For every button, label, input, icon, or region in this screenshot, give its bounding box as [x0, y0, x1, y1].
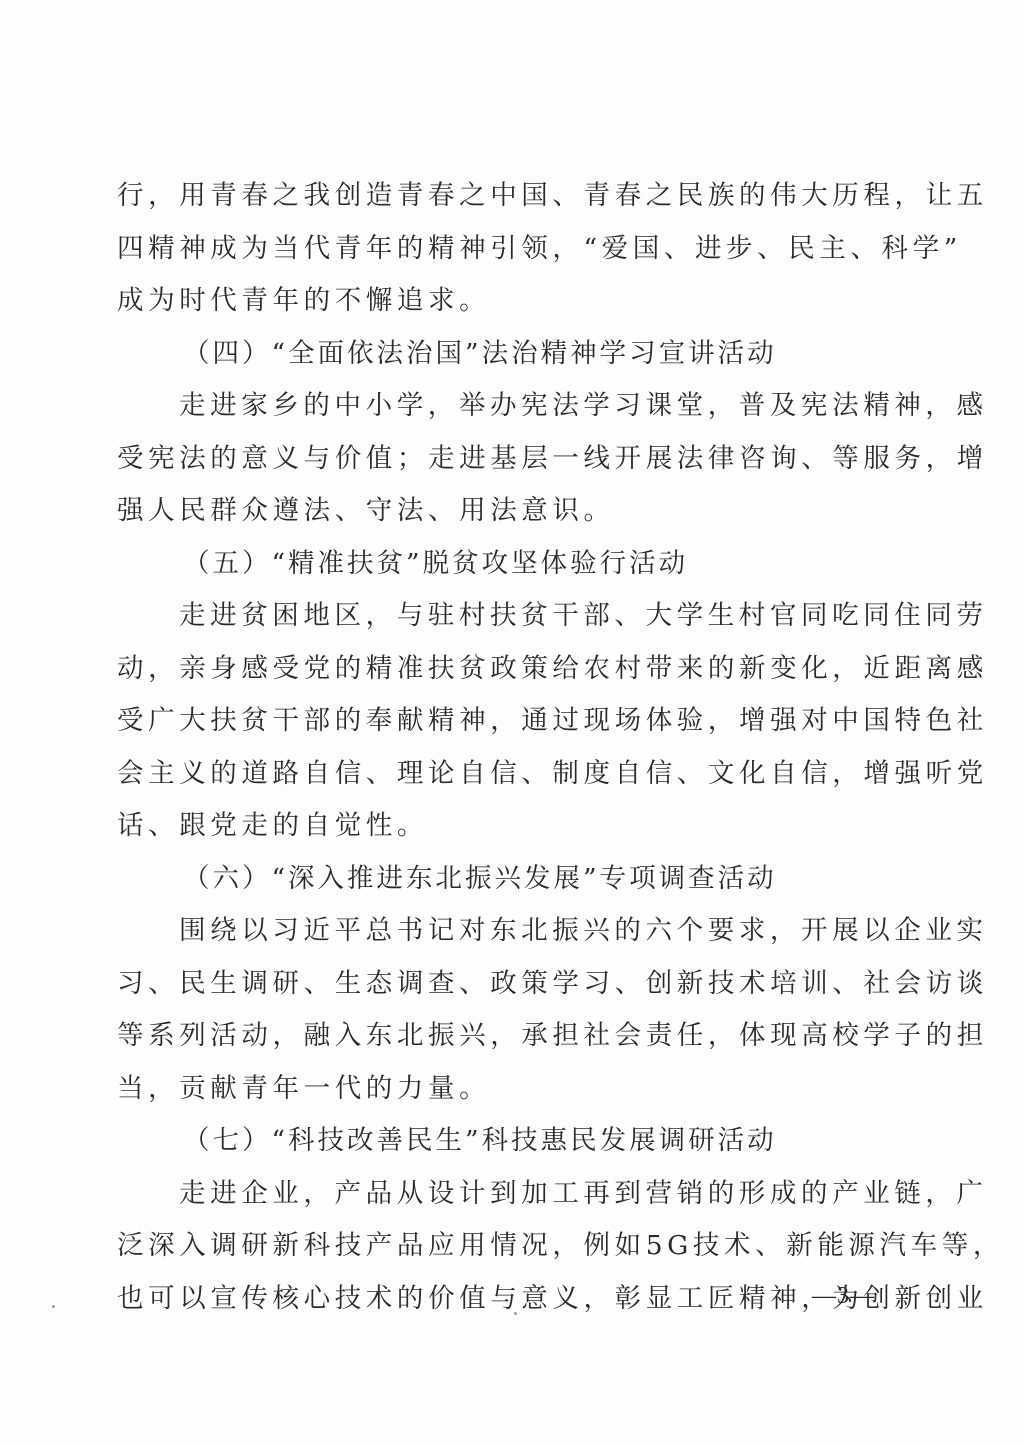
text-line: 成为时代青年的不懈追求。	[117, 275, 889, 328]
section-heading-5: （五）“精准扶贫”脱贫攻坚体验行活动	[117, 538, 889, 591]
scan-speck	[52, 1305, 55, 1308]
text-line: 习、民生调研、生态调查、政策学习、创新技术培训、社会访谈	[117, 958, 889, 1011]
section-heading-7: （七）“科技改善民生”科技惠民发展调研活动	[117, 1115, 889, 1168]
text-line: 动，亲身感受党的精准扶贫政策给农村带来的新变化，近距离感	[117, 643, 889, 696]
text-line: 也可以宣传核心技术的价值与意义，彰显工匠精神，为创新创业	[117, 1273, 889, 1326]
document-body: 行，用青春之我创造青春之中国、青春之民族的伟大历程，让五 四精神成为当代青年的精…	[117, 170, 889, 1325]
text-line: 强人民群众遵法、守法、用法意识。	[117, 485, 889, 538]
paragraph-section-7: 走进企业，产品从设计到加工再到营销的形成的产业链，广 泛深入调研新科技产品应用情…	[117, 1168, 889, 1326]
text-line: 行，用青春之我创造青春之中国、青春之民族的伟大历程，让五	[117, 170, 889, 223]
text-line: 话、跟党走的自觉性。	[117, 800, 889, 853]
text-line: 围绕以习近平总书记对东北振兴的六个要求，开展以企业实	[117, 905, 889, 958]
paragraph-section-4: 走进家乡的中小学，举办宪法学习课堂，普及宪法精神，感 受宪法的意义与价值；走进基…	[117, 380, 889, 538]
page-number: —3—	[812, 1283, 875, 1310]
text-line: 泛深入调研新科技产品应用情况，例如5G技术、新能源汽车等，	[117, 1220, 889, 1273]
scan-speck	[514, 1312, 517, 1315]
section-heading-4: （四）“全面依法治国”法治精神学习宣讲活动	[117, 328, 889, 381]
section-heading-6: （六）“深入推进东北振兴发展”专项调查活动	[117, 853, 889, 906]
document-page: 行，用青春之我创造青春之中国、青春之民族的伟大历程，让五 四精神成为当代青年的精…	[0, 0, 1024, 1446]
paragraph-section-6: 围绕以习近平总书记对东北振兴的六个要求，开展以企业实 习、民生调研、生态调查、政…	[117, 905, 889, 1115]
text-line: 走进企业，产品从设计到加工再到营销的形成的产业链，广	[117, 1168, 889, 1221]
text-line: 走进家乡的中小学，举办宪法学习课堂，普及宪法精神，感	[117, 380, 889, 433]
text-line: 四精神成为当代青年的精神引领，“爱国、进步、民主、科学”	[117, 223, 889, 276]
text-line: 等系列活动，融入东北振兴，承担社会责任，体现高校学子的担	[117, 1010, 889, 1063]
text-line: 会主义的道路自信、理论自信、制度自信、文化自信，增强听党	[117, 748, 889, 801]
text-line: 受广大扶贫干部的奉献精神，通过现场体验，增强对中国特色社	[117, 695, 889, 748]
text-line: 受宪法的意义与价值；走进基层一线开展法律咨询、等服务，增	[117, 433, 889, 486]
text-line: 走进贫困地区，与驻村扶贫干部、大学生村官同吃同住同劳	[117, 590, 889, 643]
text-line: 当，贡献青年一代的力量。	[117, 1063, 889, 1116]
paragraph-continuation: 行，用青春之我创造青春之中国、青春之民族的伟大历程，让五 四精神成为当代青年的精…	[117, 170, 889, 328]
paragraph-section-5: 走进贫困地区，与驻村扶贫干部、大学生村官同吃同住同劳 动，亲身感受党的精准扶贫政…	[117, 590, 889, 853]
